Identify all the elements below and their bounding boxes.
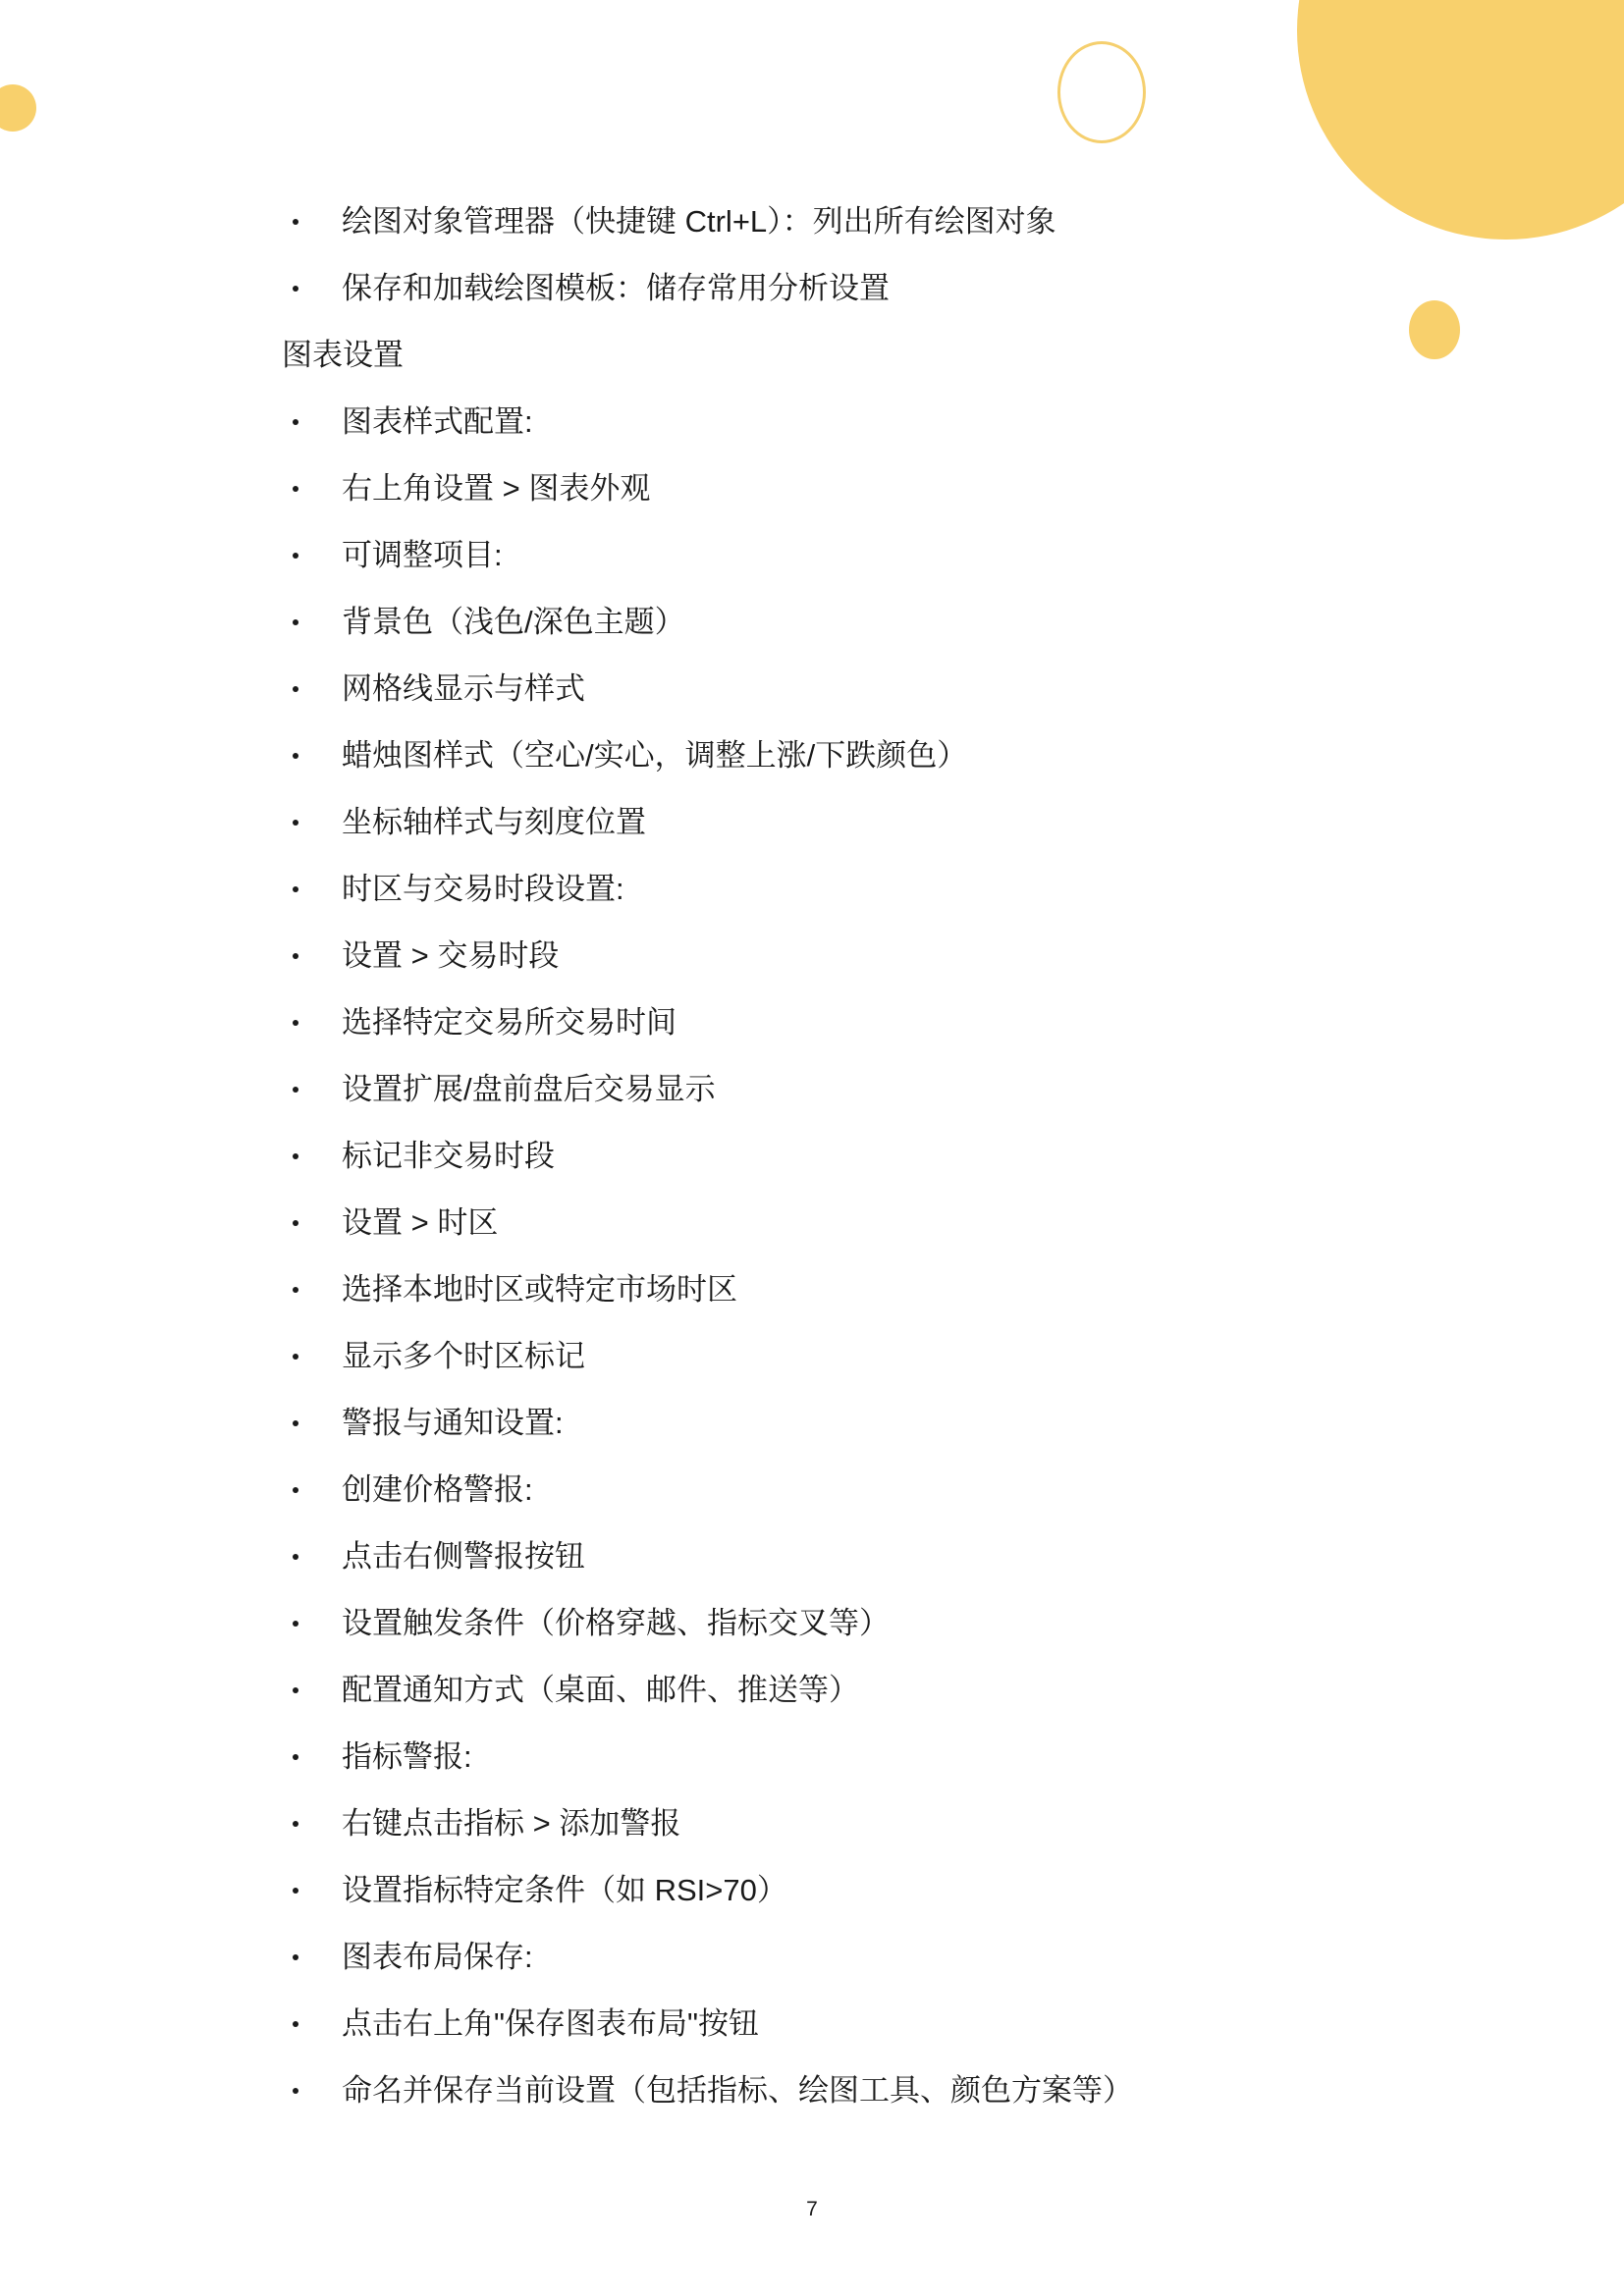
list-item: 选择特定交易所交易时间 xyxy=(0,989,1624,1056)
list-item: 警报与通知设置: xyxy=(0,1390,1624,1457)
bullet-dot xyxy=(293,753,298,759)
list-item-text: 指标警报: xyxy=(342,1724,472,1790)
list-item: 设置扩展/盘前盘后交易显示 xyxy=(0,1056,1624,1123)
list-item-text: 点击右上角"保存图表布局"按钮 xyxy=(342,1991,759,2057)
outline-circle-icon xyxy=(1057,41,1146,143)
corner-circle-icon xyxy=(0,84,36,132)
list-item-text: 可调整项目: xyxy=(342,522,503,589)
list-item: 点击右上角"保存图表布局"按钮 xyxy=(0,1991,1624,2057)
bullet-dot xyxy=(293,1888,298,1894)
list-item-text: 选择特定交易所交易时间 xyxy=(342,989,677,1056)
bullet-dot xyxy=(293,1220,298,1226)
list-item: 创建价格警报: xyxy=(0,1457,1624,1523)
list-item: 网格线显示与样式 xyxy=(0,656,1624,722)
section-heading-text: 图表设置 xyxy=(282,322,404,389)
list-item-text: 命名并保存当前设置（包括指标、绘图工具、颜色方案等） xyxy=(342,2057,1133,2124)
list-item: 设置 > 交易时段 xyxy=(0,923,1624,989)
bullet-dot xyxy=(293,1954,298,1960)
bullet-dot xyxy=(293,1821,298,1827)
bullet-dot xyxy=(293,1687,298,1693)
bullet-dot xyxy=(293,686,298,692)
bullet-dot xyxy=(293,953,298,959)
bullet-dot xyxy=(293,1287,298,1293)
bullet-dot xyxy=(293,886,298,892)
list-item: 配置通知方式（桌面、邮件、推送等） xyxy=(0,1657,1624,1724)
document-content: 绘图对象管理器（快捷键 Ctrl+L）：列出所有绘图对象 保存和加载绘图模板：储… xyxy=(0,188,1624,2124)
list-item-text: 网格线显示与样式 xyxy=(342,656,585,722)
bullet-dot xyxy=(293,1354,298,1360)
list-item: 右键点击指标 > 添加警报 xyxy=(0,1790,1624,1857)
bullet-dot xyxy=(293,486,298,492)
bullet-dot xyxy=(293,419,298,425)
list-item: 设置 > 时区 xyxy=(0,1190,1624,1256)
bullet-dot xyxy=(293,2021,298,2027)
list-item: 指标警报: xyxy=(0,1724,1624,1790)
list-item: 可调整项目: xyxy=(0,522,1624,589)
section-heading: 图表设置 xyxy=(0,322,1624,389)
list-item-text: 图表样式配置: xyxy=(342,389,533,455)
list-item: 显示多个时区标记 xyxy=(0,1323,1624,1390)
bullet-dot xyxy=(293,1754,298,1760)
list-item: 背景色（浅色/深色主题） xyxy=(0,589,1624,656)
list-item-text: 创建价格警报: xyxy=(342,1457,533,1523)
list-item: 时区与交易时段设置: xyxy=(0,856,1624,923)
bullet-dot xyxy=(293,553,298,559)
list-item: 右上角设置 > 图表外观 xyxy=(0,455,1624,522)
list-item-text: 标记非交易时段 xyxy=(342,1123,555,1190)
bullet-dot xyxy=(293,1153,298,1159)
list-item: 点击右侧警报按钮 xyxy=(0,1523,1624,1590)
list-item-text: 右上角设置 > 图表外观 xyxy=(342,455,650,522)
list-item-text: 蜡烛图样式（空心/实心，调整上涨/下跌颜色） xyxy=(342,722,967,789)
list-item-text: 时区与交易时段设置: xyxy=(342,856,624,923)
list-item-text: 保存和加载绘图模板：储存常用分析设置 xyxy=(342,255,890,322)
bullet-dot xyxy=(293,2088,298,2094)
page-number: 7 xyxy=(0,2197,1624,2222)
list-item-text: 点击右侧警报按钮 xyxy=(342,1523,585,1590)
list-item-text: 右键点击指标 > 添加警报 xyxy=(342,1790,680,1857)
list-item-text: 设置 > 时区 xyxy=(342,1190,498,1256)
list-item: 命名并保存当前设置（包括指标、绘图工具、颜色方案等） xyxy=(0,2057,1624,2124)
list-item: 蜡烛图样式（空心/实心，调整上涨/下跌颜色） xyxy=(0,722,1624,789)
list-item-text: 坐标轴样式与刻度位置 xyxy=(342,789,646,856)
list-item: 图表样式配置: xyxy=(0,389,1624,455)
bullet-dot xyxy=(293,820,298,826)
list-item: 坐标轴样式与刻度位置 xyxy=(0,789,1624,856)
list-item: 标记非交易时段 xyxy=(0,1123,1624,1190)
list-item: 设置触发条件（价格穿越、指标交叉等） xyxy=(0,1590,1624,1657)
list-item-text: 背景色（浅色/深色主题） xyxy=(342,589,685,656)
bullet-dot xyxy=(293,1554,298,1560)
document-page: 绘图对象管理器（快捷键 Ctrl+L）：列出所有绘图对象 保存和加载绘图模板：储… xyxy=(0,0,1624,2296)
list-item-text: 设置指标特定条件（如 RSI>70） xyxy=(342,1857,787,1924)
bullet-dot xyxy=(293,619,298,625)
list-item-text: 设置扩展/盘前盘后交易显示 xyxy=(342,1056,716,1123)
bullet-dot xyxy=(293,1420,298,1426)
list-item-text: 设置 > 交易时段 xyxy=(342,923,559,989)
list-item-text: 显示多个时区标记 xyxy=(342,1323,585,1390)
list-item: 图表布局保存: xyxy=(0,1924,1624,1991)
bullet-dot xyxy=(293,1487,298,1493)
list-item: 绘图对象管理器（快捷键 Ctrl+L）：列出所有绘图对象 xyxy=(0,188,1624,255)
bullet-dot xyxy=(293,286,298,292)
bullet-dot xyxy=(293,1020,298,1026)
bullet-dot xyxy=(293,219,298,225)
list-item: 选择本地时区或特定市场时区 xyxy=(0,1256,1624,1323)
list-item-text: 绘图对象管理器（快捷键 Ctrl+L）：列出所有绘图对象 xyxy=(342,188,1056,255)
list-item: 保存和加载绘图模板：储存常用分析设置 xyxy=(0,255,1624,322)
list-item-text: 选择本地时区或特定市场时区 xyxy=(342,1256,737,1323)
bullet-dot xyxy=(293,1621,298,1627)
list-item-text: 设置触发条件（价格穿越、指标交叉等） xyxy=(342,1590,890,1657)
list-item: 设置指标特定条件（如 RSI>70） xyxy=(0,1857,1624,1924)
list-item-text: 配置通知方式（桌面、邮件、推送等） xyxy=(342,1657,859,1724)
bullet-dot xyxy=(293,1087,298,1093)
list-item-text: 警报与通知设置: xyxy=(342,1390,564,1457)
list-item-text: 图表布局保存: xyxy=(342,1924,533,1991)
